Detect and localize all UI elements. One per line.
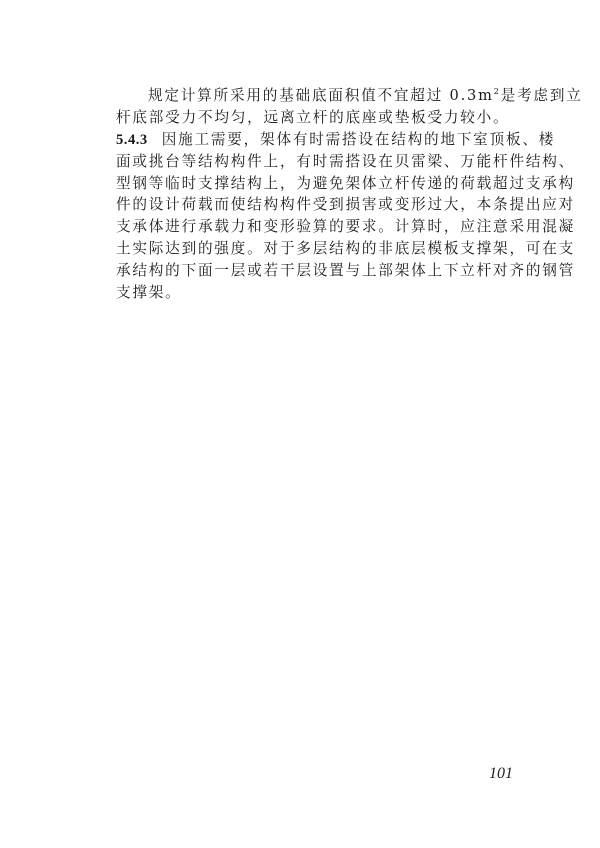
document-page: 规定计算所采用的基础底面积值不宜超过 0.3m2是考虑到立 杆底部受力不均匀，远… (0, 0, 600, 848)
page-number: 101 (489, 765, 513, 783)
paragraph-line: 规定计算所采用的基础底面积值不宜超过 0.3m2是考虑到立 (116, 85, 510, 107)
text-span: 是考虑到立 (501, 87, 583, 104)
superscript: 2 (494, 87, 501, 96)
text-span: 因施工需要，架体有时需搭设在结构的地下室顶板、楼 (162, 131, 555, 148)
paragraph-line: 杆底部受力不均匀，远离立杆的底座或垫板受力较小。 (116, 107, 510, 129)
clause-line: 支撑架。 (116, 282, 510, 304)
clause-number: 5.4.3 (116, 132, 148, 148)
clause-line: 支承体进行承载力和变形验算的要求。计算时，应注意采用混凝 (116, 216, 510, 238)
clause-line: 件的设计荷载而使结构构件受到损害或变形过大，本条提出应对 (116, 194, 510, 216)
clause-line: 5.4.3因施工需要，架体有时需搭设在结构的地下室顶板、楼 (116, 129, 510, 151)
body-text: 规定计算所采用的基础底面积值不宜超过 0.3m2是考虑到立 杆底部受力不均匀，远… (116, 85, 510, 304)
clause-line: 土实际达到的强度。对于多层结构的非底层模板支撑架，可在支 (116, 238, 510, 260)
clause-line: 型钢等临时支撑结构上，为避免架体立杆传递的荷载超过支承构 (116, 173, 510, 195)
text-span: 规定计算所采用的基础底面积值不宜超过 0.3m (148, 87, 494, 104)
clause-line: 承结构的下面一层或若干层设置与上部架体上下立杆对齐的钢管 (116, 260, 510, 282)
clause-line: 面或挑台等结构构件上，有时需搭设在贝雷梁、万能杆件结构、 (116, 151, 510, 173)
